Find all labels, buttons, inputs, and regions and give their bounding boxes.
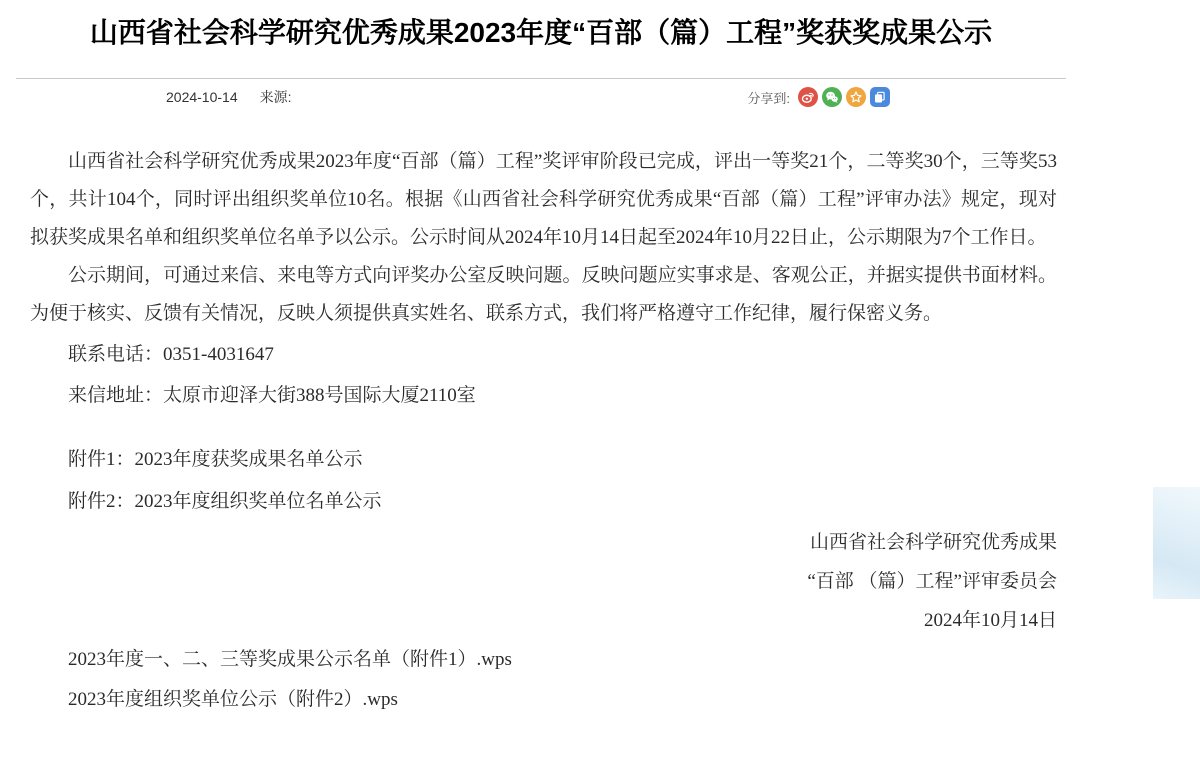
share-bar: 分享到: <box>747 87 890 107</box>
paragraph-2: 公示期间，可通过来信、来电等方式向评奖办公室反映问题。反映问题应实事求是、客观公… <box>30 257 1057 333</box>
background-decoration <box>1153 487 1200 599</box>
weibo-icon-glyph <box>801 90 815 104</box>
article-body: 山西省社会科学研究优秀成果2023年度“百部（篇）工程”奖评审阶段已完成，评出一… <box>30 143 1057 720</box>
page-title: 山西省社会科学研究优秀成果2023年度“百部（篇）工程”奖获奖成果公示 <box>16 0 1066 50</box>
wechat-icon-glyph <box>825 90 839 104</box>
contact-address: 来信地址：太原市迎泽大街388号国际大厦2110室 <box>30 377 1057 415</box>
signature-org-line-2: “百部 （篇）工程”评审委员会 <box>30 562 1057 601</box>
wechat-share-icon[interactable] <box>822 87 842 107</box>
attachment-1-label: 附件1：2023年度获奖成果名单公示 <box>30 441 1057 479</box>
attachment-file-link-1[interactable]: 2023年度一、二、三等奖成果公示名单（附件1）.wps <box>30 640 1057 680</box>
publish-date: 2024-10-14 <box>166 89 238 105</box>
signature-date: 2024年10月14日 <box>30 601 1057 640</box>
star-icon-glyph <box>849 90 863 104</box>
contact-phone: 联系电话：0351-4031647 <box>30 336 1057 374</box>
meta-row: 2024-10-14 来源: 分享到: <box>16 85 1066 109</box>
signature-org-line-1: 山西省社会科学研究优秀成果 <box>30 523 1057 562</box>
source-label: 来源: <box>260 87 292 107</box>
attachment-2-label: 附件2：2023年度组织奖单位名单公示 <box>30 483 1057 521</box>
qzone-share-icon[interactable] <box>846 87 866 107</box>
copy-icon-glyph <box>873 90 887 104</box>
paragraph-1: 山西省社会科学研究优秀成果2023年度“百部（篇）工程”奖评审阶段已完成，评出一… <box>30 143 1057 257</box>
weibo-share-icon[interactable] <box>798 87 818 107</box>
meta-left: 2024-10-14 来源: <box>166 87 292 107</box>
share-label: 分享到: <box>747 88 790 107</box>
signature-block: 山西省社会科学研究优秀成果 “百部 （篇）工程”评审委员会 2024年10月14… <box>30 523 1057 640</box>
attachment-file-link-2[interactable]: 2023年度组织奖单位公示（附件2）.wps <box>30 680 1057 720</box>
copy-link-icon[interactable] <box>870 87 890 107</box>
article-page: 山西省社会科学研究优秀成果2023年度“百部（篇）工程”奖获奖成果公示 2024… <box>16 0 1066 720</box>
header-divider <box>16 78 1066 79</box>
